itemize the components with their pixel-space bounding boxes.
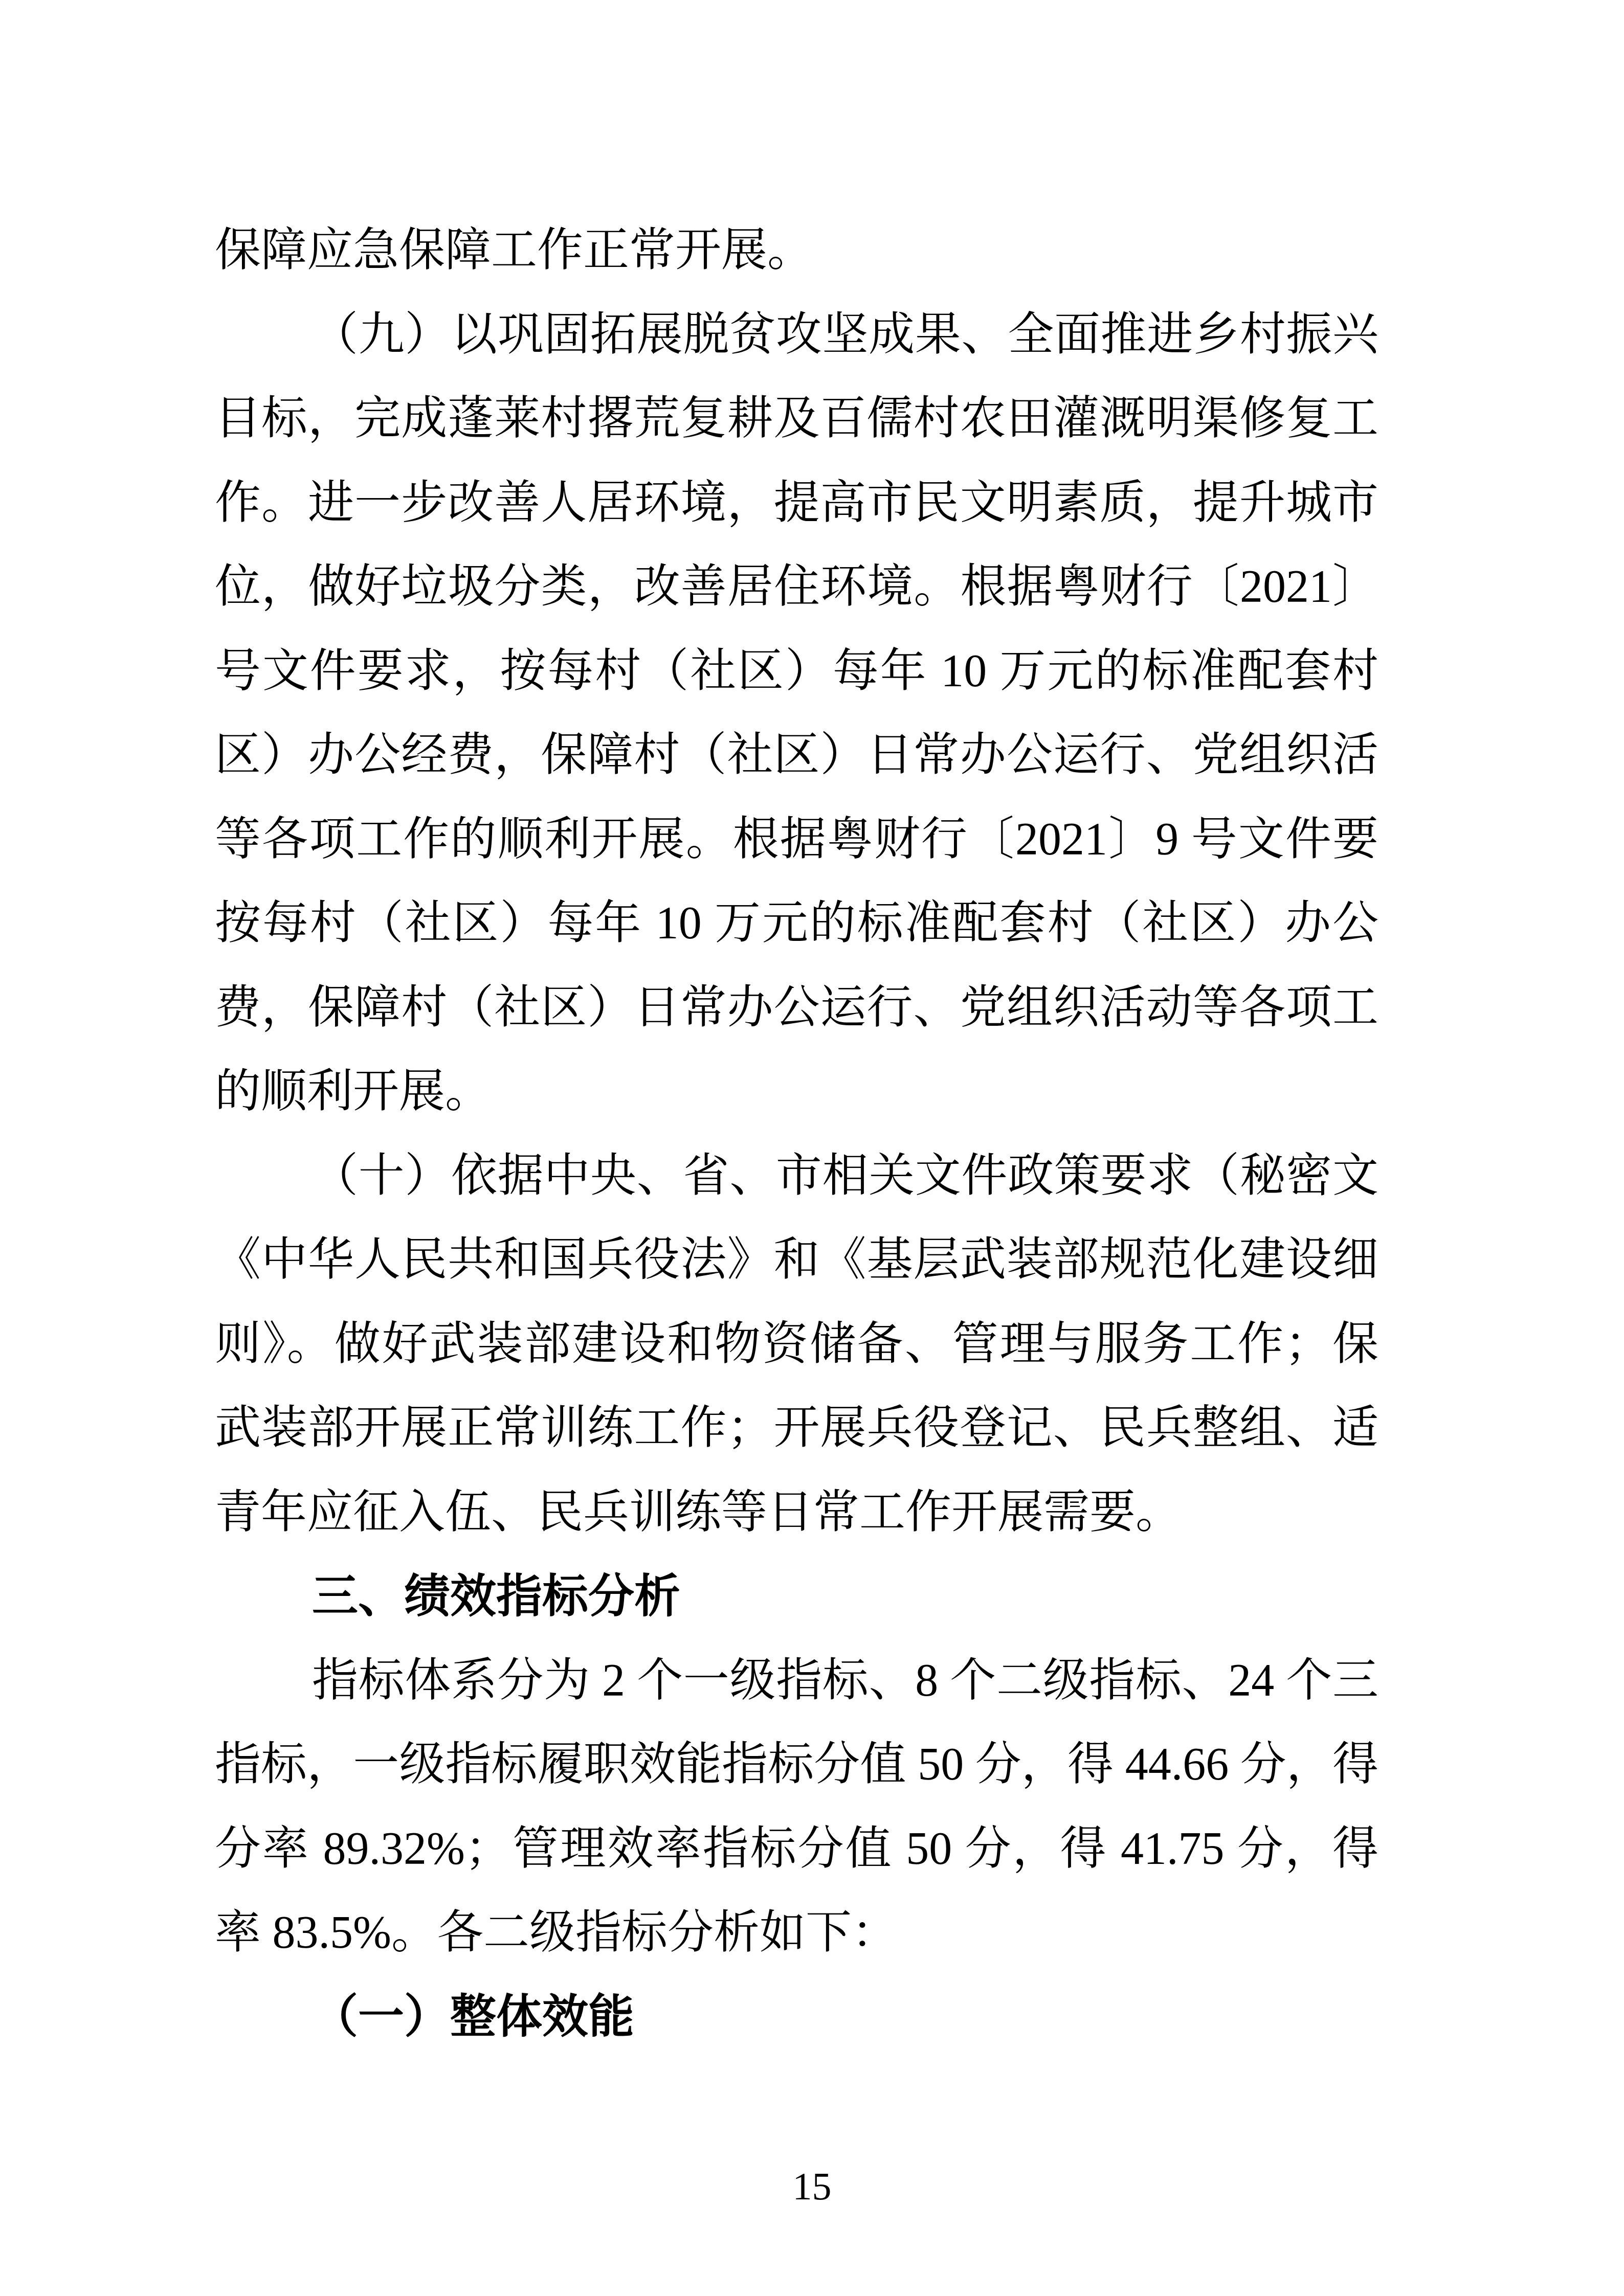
- doc-line: 保障应急保障工作正常开展。: [215, 209, 1378, 293]
- doc-line: 率 83.5%。各二级指标分析如下：: [215, 1891, 1378, 1975]
- doc-line: 目标，完成蓬莱村撂荒复耕及百儒村农田灌溉明渠修复工: [215, 377, 1378, 461]
- doc-line: 的顺利开展。: [215, 1050, 1378, 1134]
- doc-line: 作。进一步改善人居环境，提高市民文明素质，提升城市品: [215, 461, 1378, 546]
- doc-line: （十）依据中央、省、市相关文件政策要求（秘密文件）、: [215, 1134, 1378, 1219]
- doc-line: 区）办公经费，保障村（社区）日常办公运行、党组织活动: [215, 713, 1378, 798]
- doc-line: 指标体系分为 2 个一级指标、8 个二级指标、24 个三级: [215, 1639, 1378, 1723]
- doc-line: 费，保障村（社区）日常办公运行、党组织活动等各项工作: [215, 966, 1378, 1050]
- doc-line: 指标，一级指标履职效能指标分值 50 分，得 44.66 分，得: [215, 1723, 1378, 1807]
- doc-line: 《中华人民共和国兵役法》和《基层武装部规范化建设细: [215, 1218, 1378, 1302]
- doc-line: 青年应征入伍、民兵训练等日常工作开展需要。: [215, 1471, 1378, 1555]
- doc-line: 等各项工作的顺利开展。根据粤财行〔2021〕9 号文件要求，: [215, 798, 1378, 882]
- doc-line: 武装部开展正常训练工作；开展兵役登记、民兵整组、适龄: [215, 1386, 1378, 1471]
- footer: 15: [0, 2156, 1624, 2217]
- section-heading-performance-indicator-analysis: 三、绩效指标分析: [215, 1555, 1378, 1639]
- doc-line: （九）以巩固拓展脱贫攻坚成果、全面推进乡村振兴为: [215, 293, 1378, 377]
- subsection-heading-overall-effectiveness: （一）整体效能: [215, 1975, 1378, 2060]
- doc-line: 号文件要求，按每村（社区）每年 10 万元的标准配套村（社: [215, 629, 1378, 714]
- text-block: 保障应急保障工作正常开展。 （九）以巩固拓展脱贫攻坚成果、全面推进乡村振兴为 目…: [215, 209, 1378, 2059]
- page-number: 15: [793, 2156, 832, 2217]
- doc-line: 则》。做好武装部建设和物资储备、管理与服务工作；保障: [215, 1302, 1378, 1387]
- doc-line: 位，做好垃圾分类，改善居住环境。根据粤财行〔2021〕9: [215, 545, 1378, 629]
- doc-line: 分率 89.32%；管理效率指标分值 50 分，得 41.75 分，得分: [215, 1807, 1378, 1892]
- document-page: 保障应急保障工作正常开展。 （九）以巩固拓展脱贫攻坚成果、全面推进乡村振兴为 目…: [0, 0, 1624, 2296]
- doc-line: 按每村（社区）每年 10 万元的标准配套村（社区）办公经: [215, 882, 1378, 966]
